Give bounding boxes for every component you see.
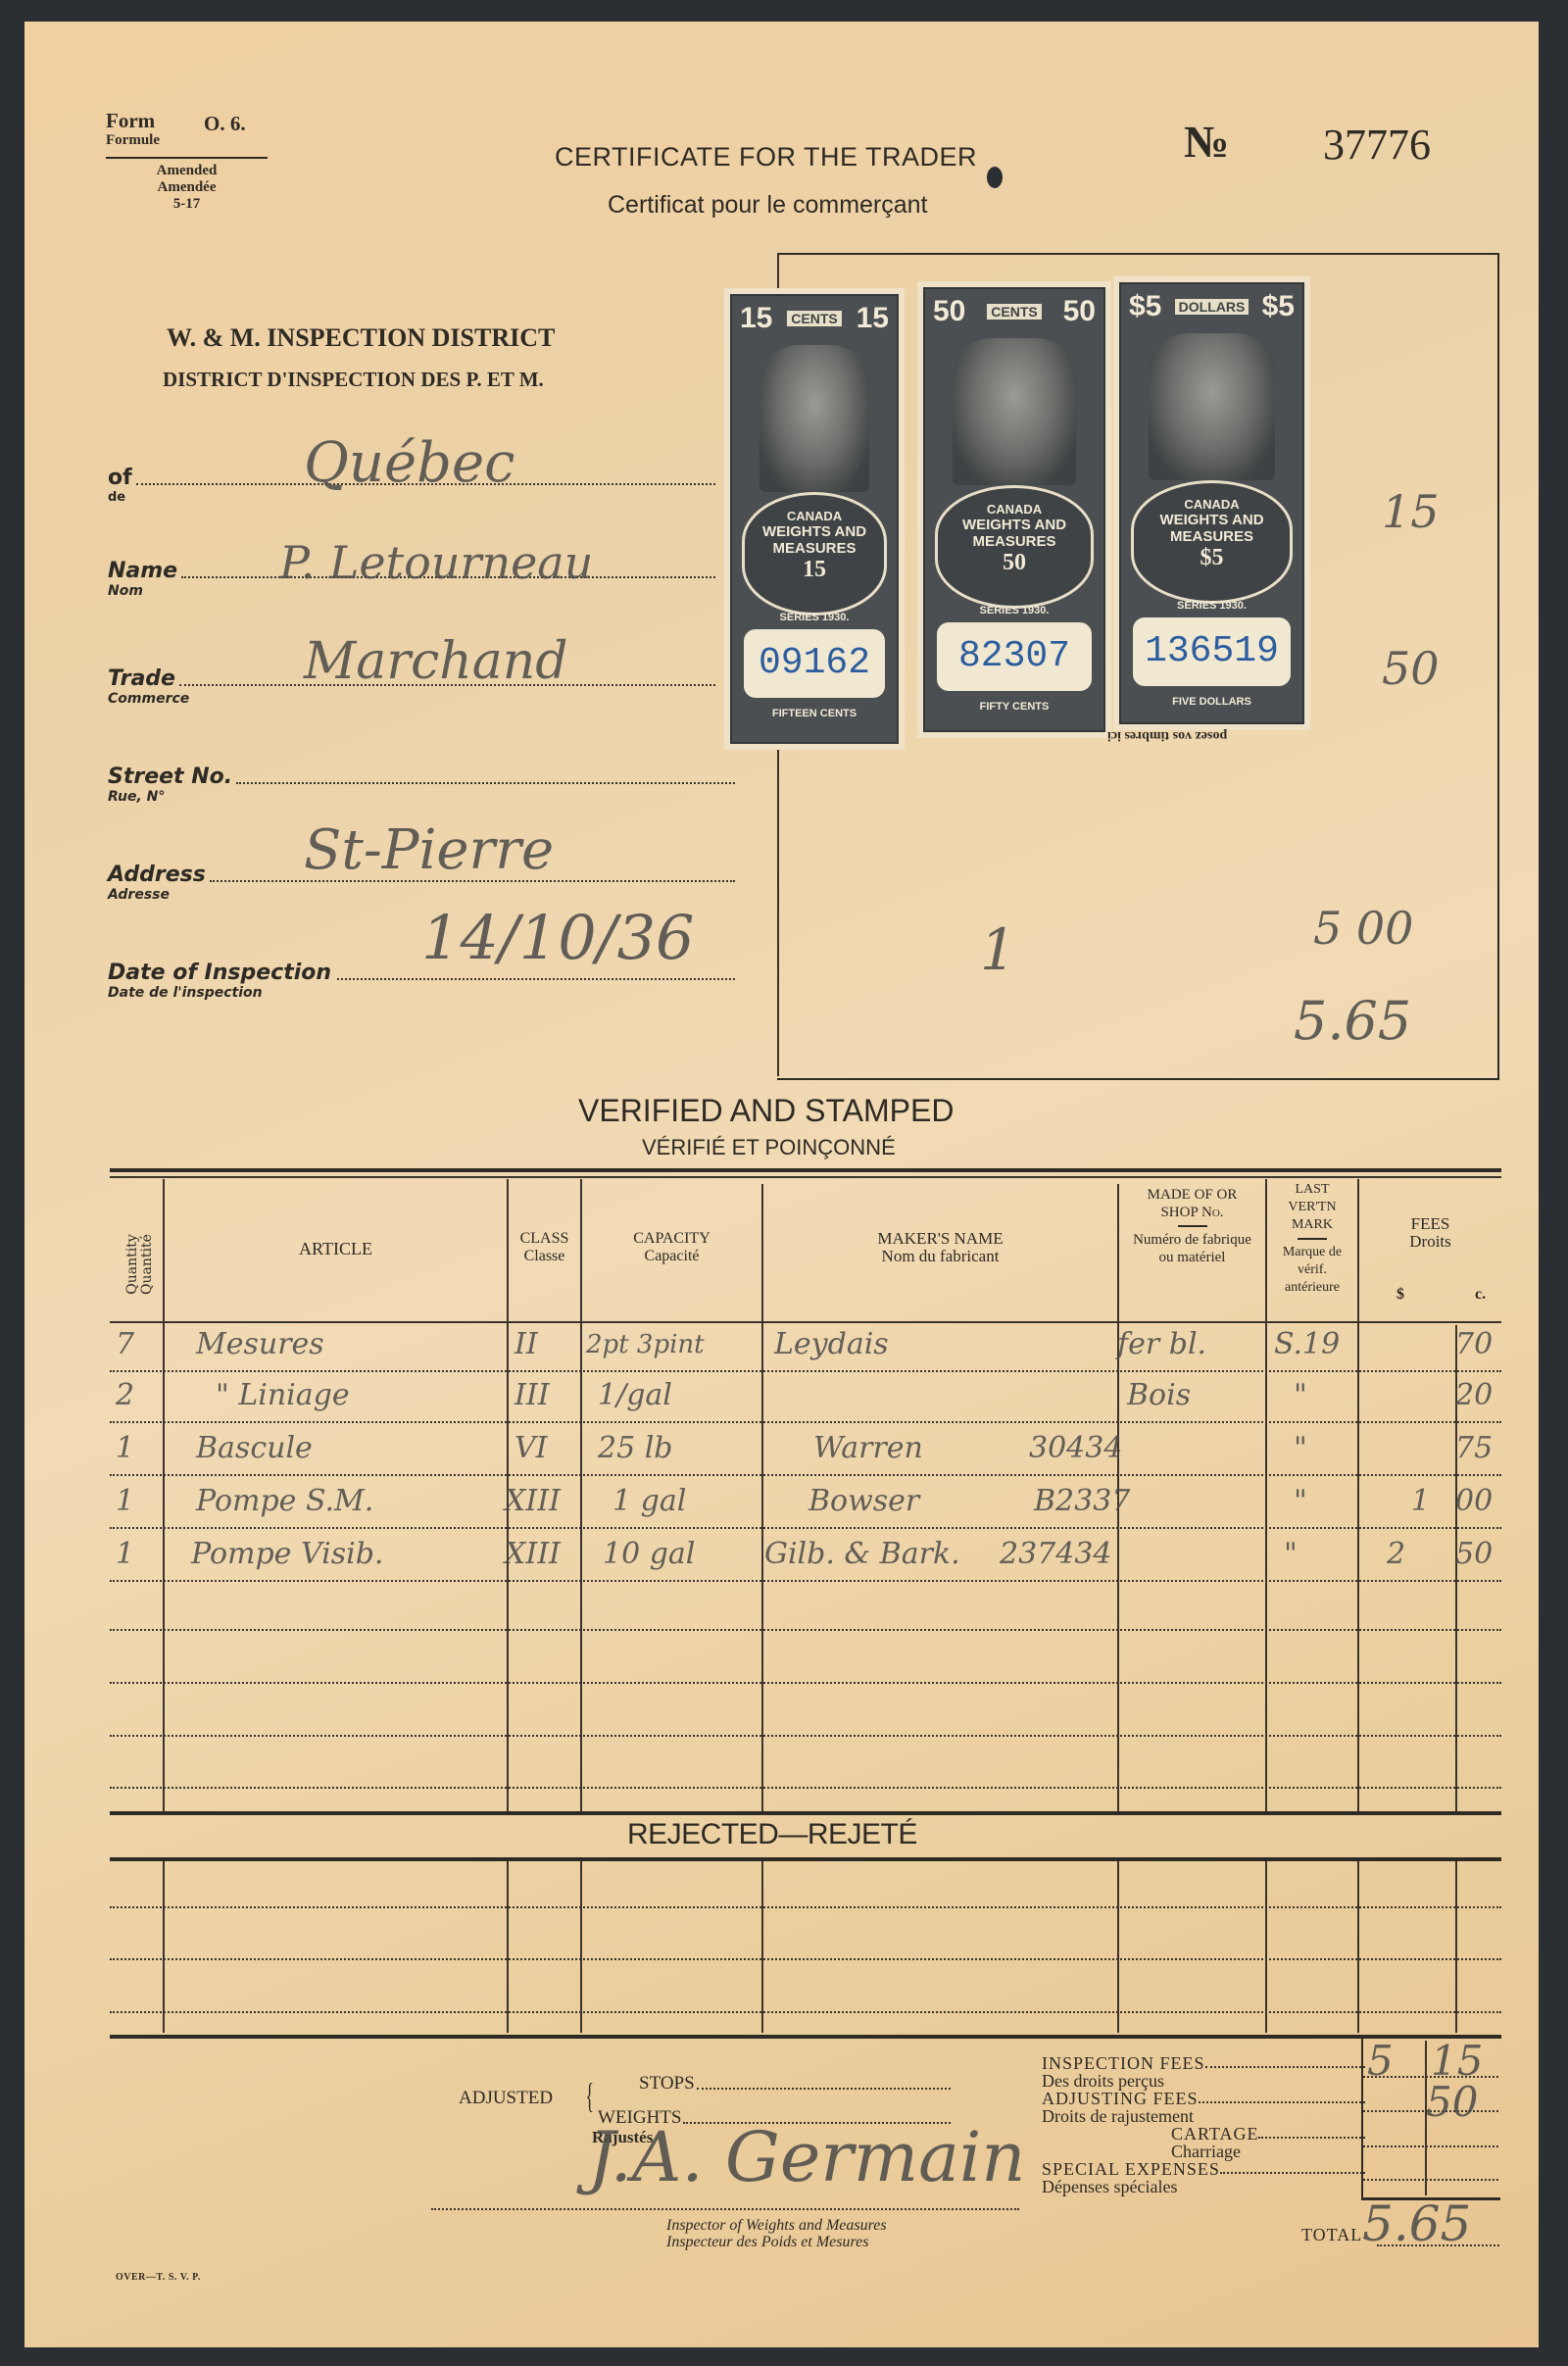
form-code-block: Form Formule O. 6. Amended Amendée 5-17	[106, 110, 268, 213]
row-rule	[110, 1527, 1501, 1529]
row-rule	[110, 2011, 1501, 2013]
cell-last-mark: "	[1284, 1535, 1298, 1574]
col-header-dollars: $	[1396, 1286, 1404, 1304]
cell-fee-cents: 75	[1455, 1429, 1493, 1468]
revenue-stamp-15c: 15CENTS15 CANADA WEIGHTS AND MEASURES 15…	[730, 294, 899, 744]
certificate-number: 37776	[1323, 120, 1431, 170]
col-divider	[1265, 1861, 1267, 2033]
inspection-fees-dollars[interactable]: 5	[1367, 2037, 1394, 2085]
col-header-article: ARTICLE	[165, 1240, 507, 1257]
cell-qty: 2	[116, 1376, 134, 1415]
field-sublabel: Date de l'inspection	[108, 985, 735, 1001]
field-address: Address Adresse St-Pierre	[108, 858, 735, 903]
adjusting-fees-cents[interactable]: 50	[1426, 2078, 1478, 2126]
cell-class: XIII	[505, 1482, 561, 1521]
field-value-address[interactable]: St-Pierre	[304, 818, 554, 882]
field-sublabel: Adresse	[108, 887, 735, 903]
king-george-portrait	[759, 345, 869, 492]
stamp-amount: 15	[1382, 485, 1440, 538]
cell-fee-cents: 20	[1455, 1376, 1493, 1415]
cell-article: " Liniage	[216, 1376, 350, 1415]
field-label: Trade	[108, 666, 175, 691]
row-rule	[110, 1735, 1501, 1737]
col-divider	[1117, 1861, 1119, 2033]
field-label: Address	[108, 863, 206, 887]
field-label: Street No.	[108, 764, 232, 789]
king-george-portrait	[1149, 333, 1275, 480]
over-note: OVER—T. S. V. P.	[116, 2272, 201, 2283]
cell-capacity: 1/gal	[598, 1376, 672, 1415]
stamp-serial-number: 09162	[744, 629, 885, 698]
col-header-capacity: CAPACITY Capacité	[582, 1230, 761, 1265]
district-heading-fr: DISTRICT D'INSPECTION DES P. ET M.	[163, 368, 544, 392]
cell-article: Mesures	[196, 1325, 324, 1364]
field-value-name[interactable]: P. Letourneau	[279, 536, 593, 589]
col-divider	[1357, 1179, 1359, 1811]
col-divider	[1357, 1861, 1359, 2033]
col-divider	[580, 1179, 582, 1811]
inspector-signature: J.A. Germain	[588, 2117, 1025, 2197]
col-header-last-mark: LAST VER'TN MARK Marque de vérif. antéri…	[1267, 1181, 1357, 1297]
field-value-date[interactable]: 14/10/36	[421, 902, 694, 973]
cell-made: fer bl.	[1117, 1325, 1206, 1364]
stamp-oval: CANADA WEIGHTS AND MEASURES 50	[935, 485, 1094, 609]
rejected-bottom-rule	[110, 1857, 1501, 1861]
col-header-maker: MAKER'S NAME Nom du fabricant	[763, 1230, 1117, 1265]
table-top-rule	[110, 1168, 1501, 1172]
header-bottom-rule	[110, 1321, 1501, 1323]
affix-stamps-text: posez vos timbres ici	[1107, 727, 1227, 743]
cell-maker: Gilb. & Bark.	[764, 1535, 960, 1574]
cell-last-mark: "	[1294, 1376, 1307, 1415]
col-divider	[163, 1179, 165, 1811]
table-top-rule-thin	[110, 1176, 1501, 1178]
cell-qty: 1	[116, 1429, 134, 1468]
cell-made: B2337	[1034, 1482, 1130, 1521]
row-rule	[110, 1421, 1501, 1423]
stamp-total: 5.65	[1294, 990, 1411, 1052]
rejected-top-rule	[110, 1811, 1501, 1815]
cell-article: Pompe S.M.	[196, 1482, 373, 1521]
field-sublabel: Commerce	[108, 691, 715, 707]
rejected-heading: REJECTED—REJETÉ	[627, 1818, 917, 1851]
stamp-serial-number: 136519	[1133, 617, 1291, 686]
cell-class: III	[514, 1376, 550, 1415]
col-divider	[761, 1861, 763, 2033]
cell-article: Bascule	[196, 1429, 313, 1468]
cell-fee-cents: 00	[1455, 1482, 1493, 1521]
cell-made: 237434	[1000, 1535, 1112, 1574]
row-rule	[110, 1682, 1501, 1684]
district-heading-en: W. & M. INSPECTION DISTRICT	[167, 323, 555, 353]
cell-qty: 1	[116, 1482, 134, 1521]
king-george-portrait	[953, 338, 1076, 485]
row-rule	[110, 1787, 1501, 1789]
amendee-label: Amendée	[106, 179, 268, 196]
col-header-class: CLASS Classe	[509, 1230, 580, 1265]
col-header-fees: FEES Droits	[1359, 1215, 1501, 1251]
cell-capacity: 1 gal	[612, 1482, 686, 1521]
stamp-amount: 50	[1382, 642, 1440, 695]
cell-maker: Leydais	[774, 1325, 889, 1364]
title-en: CERTIFICATE FOR THE TRADER	[555, 142, 977, 173]
stamp-serial-number: 82307	[937, 622, 1092, 691]
cell-last-mark: "	[1294, 1482, 1307, 1521]
revenue-stamp-50c: 50CENTS50 CANADA WEIGHTS AND MEASURES 50…	[923, 287, 1105, 732]
cell-maker: Bowser	[808, 1482, 919, 1521]
adjusted-stops: STOPS	[639, 2073, 951, 2095]
stamp-oval: CANADA WEIGHTS AND MEASURES 15	[742, 492, 887, 616]
col-divider	[1455, 1861, 1457, 2033]
field-label: of	[108, 466, 132, 490]
field-of: of de Québec	[108, 461, 715, 505]
row-rule	[110, 1958, 1501, 1960]
total-label: TOTAL	[1301, 2225, 1362, 2245]
stamp-amount: 5 00	[1313, 902, 1413, 955]
row-rule	[110, 1906, 1501, 1908]
row-rule	[1363, 2145, 1498, 2147]
row-rule	[1363, 2179, 1498, 2181]
row-rule	[110, 1370, 1501, 1372]
col-divider	[580, 1861, 582, 2033]
title-fr: Certificat pour le commerçant	[608, 191, 928, 220]
adjusted-label: ADJUSTED	[459, 2088, 553, 2109]
col-header-quantity: Quantity Quantité	[116, 1215, 163, 1313]
cell-made: 30434	[1029, 1429, 1122, 1468]
form-code: O. 6.	[204, 112, 246, 136]
cell-article: Pompe Visib.	[191, 1535, 383, 1574]
signature-line	[431, 2208, 1019, 2210]
stamp-count: 1	[980, 916, 1016, 983]
col-divider	[163, 1861, 165, 2033]
row-rule	[110, 1580, 1501, 1582]
cell-last-mark: S.19	[1274, 1325, 1340, 1364]
number-label: №	[1184, 116, 1229, 168]
verified-heading-en: VERIFIED AND STAMPED	[578, 1093, 954, 1129]
revenue-stamp-5-dollars: $5DOLLARS$5 CANADA WEIGHTS AND MEASURES …	[1119, 282, 1304, 724]
cell-capacity: 25 lb	[598, 1429, 673, 1468]
field-sublabel: Rue, N°	[108, 789, 735, 805]
fees-summary-labels: INSPECTION FEES Des droits perçus ADJUST…	[1042, 2054, 1365, 2195]
field-name: Name Nom P. Letourneau	[108, 554, 715, 599]
total-value[interactable]: 5.65	[1362, 2195, 1471, 2252]
col-divider	[761, 1184, 763, 1811]
cell-class: VI	[514, 1429, 548, 1468]
cell-qty: 7	[116, 1325, 134, 1364]
amended-label: Amended	[106, 163, 268, 179]
cell-last-mark: "	[1294, 1429, 1307, 1468]
col-header-cents: c.	[1475, 1286, 1486, 1304]
cell-made: Bois	[1127, 1376, 1191, 1415]
field-label: Name	[108, 559, 177, 583]
row-rule	[110, 1474, 1501, 1476]
field-label: Date of Inspection	[108, 961, 331, 985]
row-rule	[110, 1629, 1501, 1631]
cell-fee-cents: 70	[1455, 1325, 1493, 1364]
amended-date: 5-17	[106, 196, 268, 213]
cell-capacity: 10 gal	[603, 1535, 695, 1574]
col-divider	[507, 1861, 509, 2033]
field-date: Date of Inspection Date de l'inspection …	[108, 956, 735, 1001]
field-value-trade[interactable]: Marchand	[304, 632, 568, 691]
field-value-of[interactable]: Québec	[304, 431, 514, 495]
cell-fee-cents: 50	[1455, 1535, 1493, 1574]
cell-maker: Warren	[813, 1429, 923, 1468]
verified-heading-fr: VÉRIFIÉ ET POINÇONNÉ	[642, 1135, 896, 1160]
inspector-title: Inspector of Weights and Measures Inspec…	[666, 2217, 887, 2250]
rejected-table-bottom	[110, 2035, 1501, 2039]
cell-class: XIII	[505, 1535, 561, 1574]
stamp-oval: CANADA WEIGHTS AND MEASURES $5	[1131, 480, 1293, 604]
cell-capacity: 2pt 3pint	[586, 1325, 705, 1364]
cell-class: II	[514, 1325, 538, 1364]
cell-fee-dollars: 2	[1387, 1535, 1405, 1574]
cell-qty: 1	[116, 1535, 134, 1574]
field-street: Street No. Rue, N°	[108, 760, 735, 805]
field-trade: Trade Commerce Marchand	[108, 662, 715, 707]
cell-fee-dollars: 1	[1411, 1482, 1430, 1521]
col-header-made-of: MADE OF OR SHOP No. Numéro de fabrique o…	[1119, 1186, 1265, 1266]
punch-hole	[987, 167, 1003, 188]
